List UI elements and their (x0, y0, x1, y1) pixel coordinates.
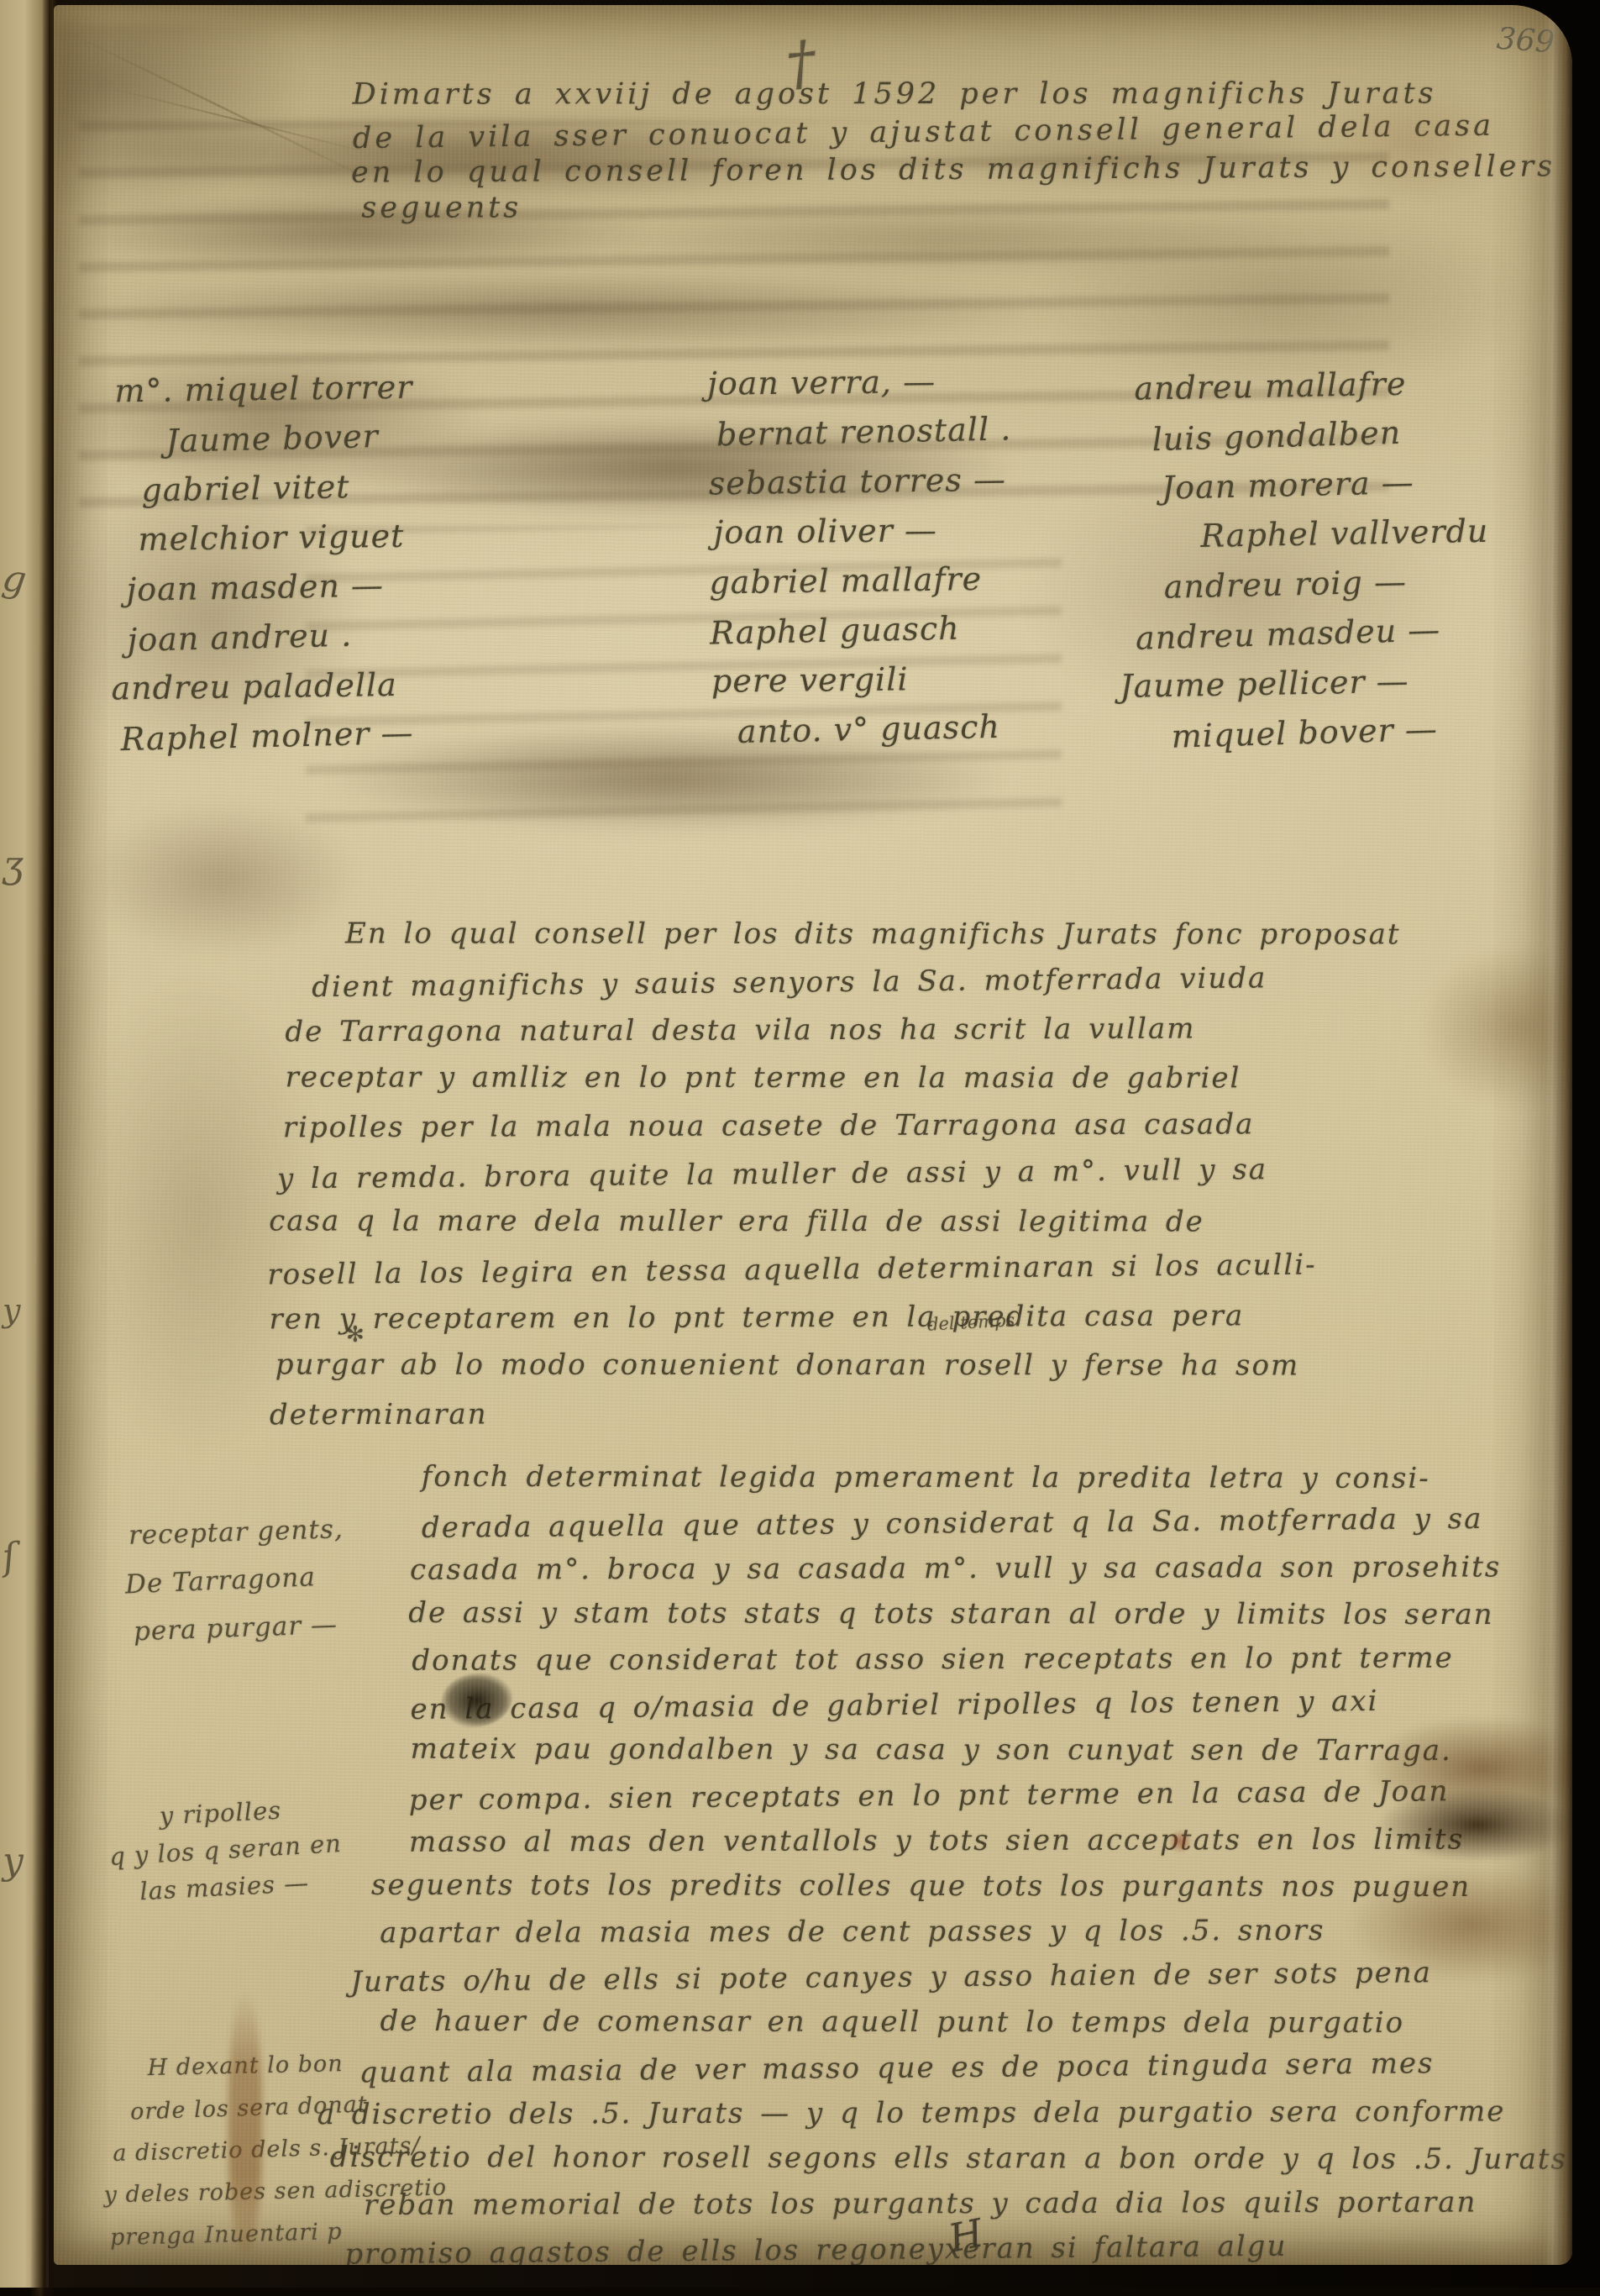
margin-note-line: pera purgar — (133, 1601, 348, 1657)
facing-page-fragment: ʒ (3, 843, 24, 886)
deliberation-line: y la remda. brora quite la muller de ass… (277, 1145, 1402, 1204)
resolution-line: Jurats o/hu de ells si pote canyes y ass… (350, 1949, 1566, 2005)
attendee-name: Raphel molner — (120, 708, 419, 764)
deliberation-line: ripolles per la mala noua casete de Tarr… (283, 1101, 1402, 1153)
deliberation-line: determinaran (270, 1388, 1403, 1440)
asterisk-mark: ✻ (346, 1322, 365, 1348)
attendee-name: andreu roig — (1163, 555, 1490, 612)
attendee-name: m°. miquel torrer (114, 363, 413, 417)
attendee-name: anto. v° guasch (737, 701, 1015, 757)
deliberation-line: casa q la mare dela muller era filla de … (269, 1197, 1402, 1246)
resolution-line: per compa. sien receptats en lo pnt term… (409, 1768, 1566, 1823)
page-edge-shading (1544, 5, 1572, 2265)
deliberation-line: dient magnifichs y sauis senyors la Sa. … (312, 954, 1401, 1011)
facing-page-fragment: y (3, 1292, 20, 1329)
resolution-line: quant ala masia de ver masso que es de p… (359, 2040, 1566, 2096)
manuscript-page: 369 † Dimarts a xxviij de agost 1592 per… (54, 5, 1572, 2265)
deliberation-paragraph: En lo qual consell per los dits magnific… (285, 909, 1403, 1440)
session-heading: Dimarts a xxviij de agost 1592 per los m… (353, 72, 1556, 229)
heading-line: seguents (361, 188, 1555, 227)
manuscript-scan: g ʒ y ſ y 369 † Dimarts a xxviij de agos… (0, 0, 1600, 2288)
resolution-line: de assi y stam tots stats q tots staran … (408, 1590, 1566, 1637)
resolution-paragraph: fonch determinat legida pmerament la pre… (408, 1453, 1568, 2265)
attendee-column-3: andreu mallafre luis gondalben Joan more… (1113, 357, 1494, 762)
attendee-name: joan verra, — (707, 356, 1011, 408)
attendee-name: Jaume pellicer — (1120, 655, 1492, 712)
attendee-name: Joan morera — (1161, 456, 1487, 513)
attendee-name: gabriel mallafre (709, 554, 1014, 607)
attendee-name: Jaume bover (165, 411, 414, 466)
attendee-name: Raphel vallverdu (1200, 507, 1489, 561)
attendee-name: Raphel guasch (710, 602, 1015, 658)
attendee-name: pere vergili (711, 654, 1015, 706)
attendee-name: andreu paladella (111, 660, 418, 714)
margin-note-ripolles: y ripolles q y los q seran en las masies… (107, 1789, 344, 1911)
resolution-line: a discretio dels .5. Jurats — y q lo tem… (317, 2088, 1567, 2137)
attendee-name: gabriel vitet (141, 461, 415, 516)
resolution-line: derada aquella que attes y considerat q … (422, 1495, 1566, 1551)
attendee-name: joan oliver — (713, 505, 1013, 557)
facing-page-fragment: g (0, 556, 29, 602)
resolution-line: donats que considerat tot asso sien rece… (412, 1635, 1566, 1684)
attendee-name: andreu masdeu — (1135, 604, 1492, 664)
resolution-line: apartar dela masia mes de cent passes y … (380, 1907, 1566, 1956)
resolution-line: discretio del honor rosell segons ells s… (330, 2135, 1567, 2183)
resolution-line: de hauer de comensar en aquell punt lo t… (380, 1999, 1566, 2046)
attendee-name: luis gondalben (1151, 406, 1487, 465)
deliberation-line: rosell la los legira en tessa aquella de… (267, 1241, 1402, 1300)
resolution-line: seguents tots los predits colles que tot… (371, 1863, 1566, 1910)
attendee-name: joan andreu . (127, 609, 417, 665)
margin-note-receptar: receptar gents, De Tarragona pera purgar… (128, 1505, 348, 1657)
attendee-name: joan masden — (126, 560, 417, 615)
deliberation-line: En lo qual consell per los dits magnific… (345, 910, 1401, 959)
attendee-name: miquel bover — (1171, 703, 1494, 762)
resolution-line: mateix pau gondalben y sa casa y son cun… (411, 1726, 1566, 1773)
attendee-name: melchior viguet (138, 512, 416, 565)
deliberation-line: de Tarragona natural desta vila nos ha s… (285, 1005, 1401, 1057)
resolution-line: masso al mas den ventallols y tots sien … (409, 1816, 1566, 1865)
attendee-column-2: joan verra, — bernat renostall . sebasti… (703, 355, 1016, 756)
resolution-line: fonch determinat legida pmerament la pre… (422, 1454, 1566, 1501)
resolution-line: en la casa q o/masia de gabriel ripolles… (410, 1677, 1566, 1732)
facing-page-fragment: y (3, 1840, 24, 1883)
attendee-name: sebastia torres — (708, 454, 1012, 508)
resolution-line: casada m°. broca y sa casada m°. vull y … (410, 1544, 1566, 1593)
deliberation-line: receptar y amlliz en lo pnt terme en la … (286, 1053, 1402, 1102)
deliberation-line: purgar ab lo modo conuenient donaran ros… (275, 1341, 1403, 1390)
margin-note-line: receptar gents, (128, 1505, 344, 1560)
margin-note-line: De Tarragona (124, 1553, 346, 1610)
attendee-column-1: m°. miquel torrer Jaume bover gabriel vi… (114, 362, 419, 764)
attendee-name: andreu mallafre (1134, 358, 1486, 414)
attendee-name: bernat renostall . (716, 404, 1011, 460)
facing-page-fragment: ſ (0, 1535, 18, 1579)
deliberation-line: ren y receptarem en lo pnt terme en la p… (270, 1292, 1403, 1344)
